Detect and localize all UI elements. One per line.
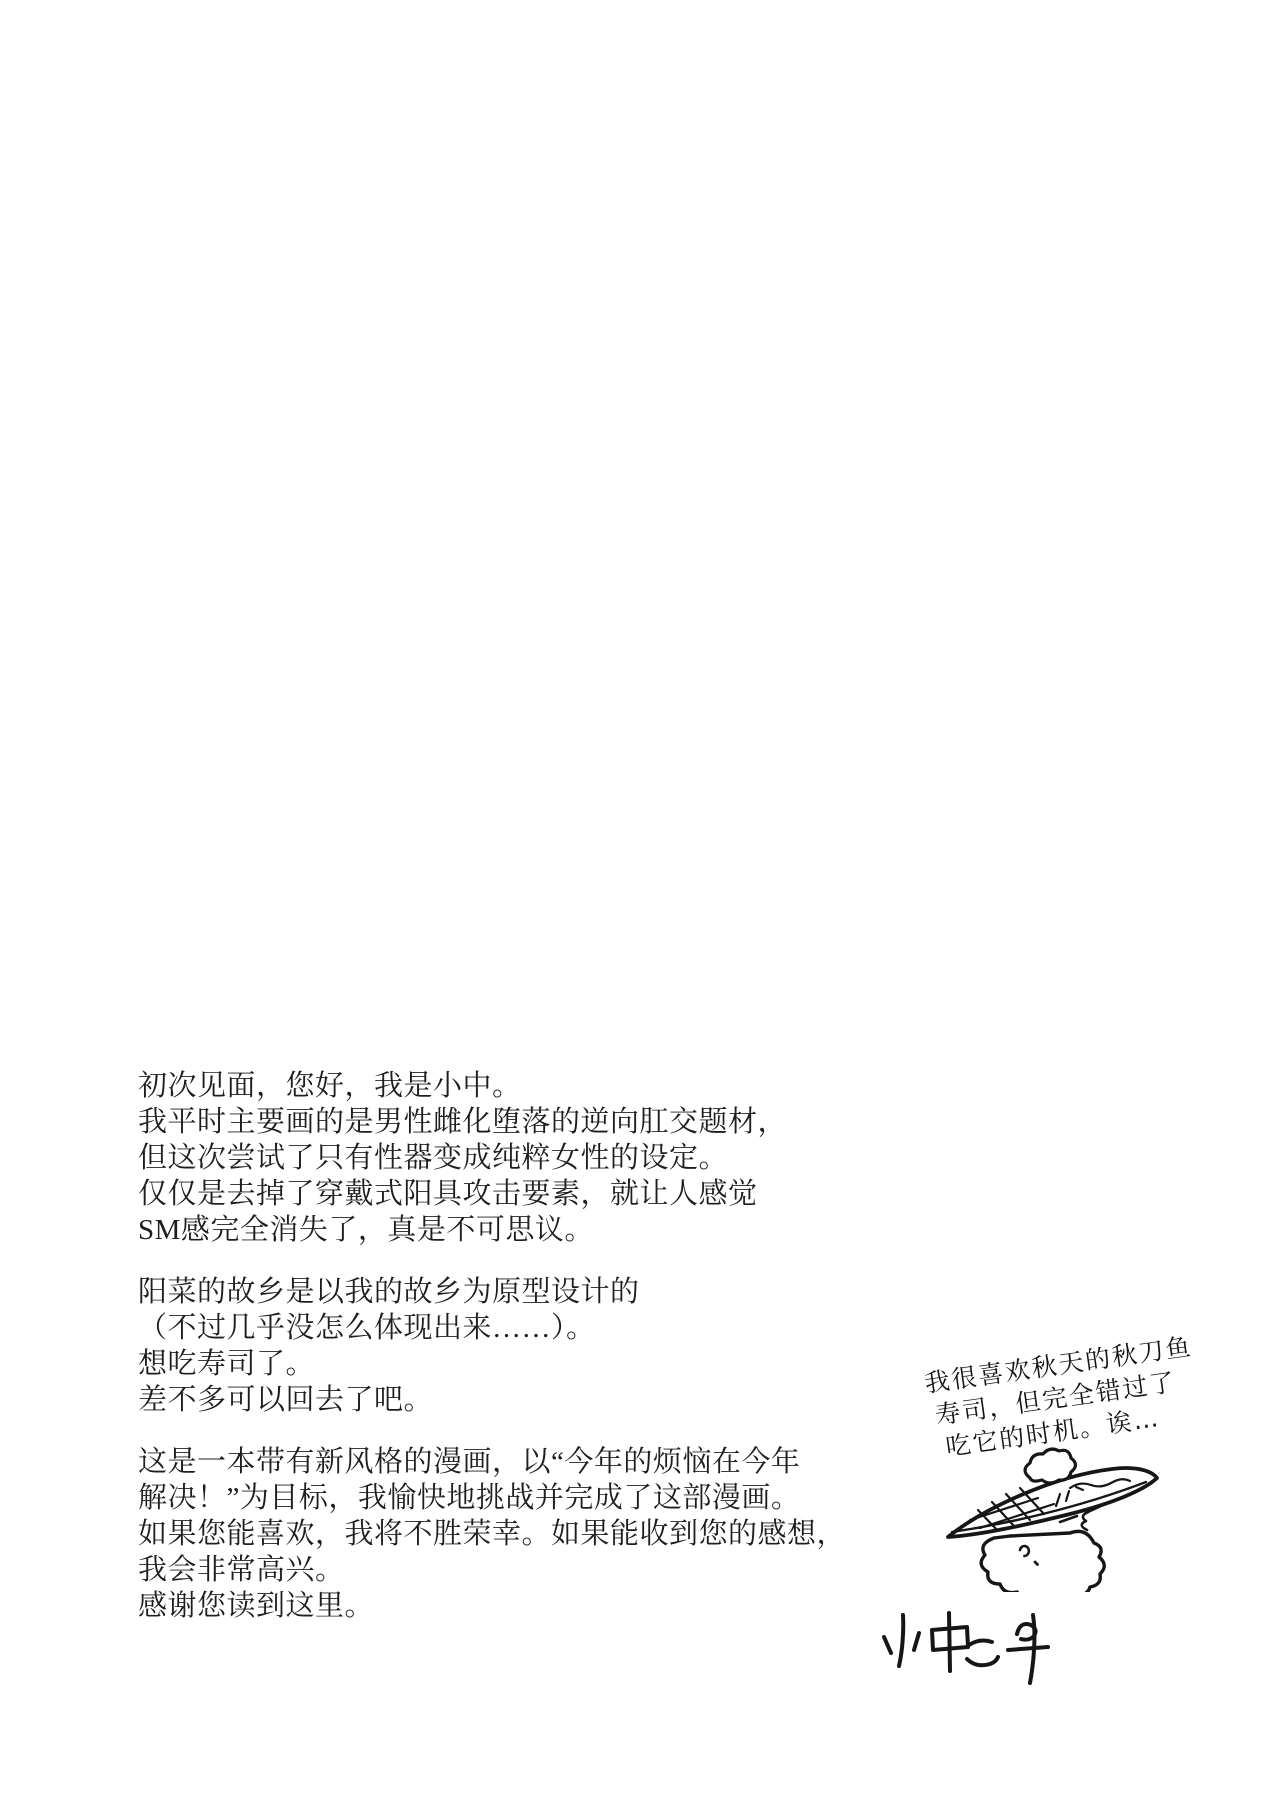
afterword-line: 我会非常高兴。 <box>138 1552 998 1588</box>
afterword-line: 但这次尝试了只有性器变成纯粹女性的设定。 <box>138 1140 998 1176</box>
afterword-line: 如果您能喜欢，我将不胜荣幸。如果能收到您的感想， <box>138 1516 998 1552</box>
afterword-line: 初次见面，您好，我是小中。 <box>138 1068 998 1104</box>
afterword-line: 这是一本带有新风格的漫画，以“今年的烦恼在今年 <box>138 1444 998 1480</box>
author-signature <box>870 1603 1084 1695</box>
afterword-line: （不过几乎没怎么体现出来……）。 <box>138 1310 998 1346</box>
afterword-line: 仅仅是去掉了穿戴式阳具攻击要素，就让人感觉 <box>138 1176 998 1212</box>
afterword-line: 阳菜的故乡是以我的故乡为原型设计的 <box>138 1274 998 1310</box>
afterword-line: 想吃寿司了。 <box>138 1346 998 1382</box>
afterword-paragraph-3: 这是一本带有新风格的漫画，以“今年的烦恼在今年 解决！”为目标，我愉快地挑战并完… <box>138 1444 998 1624</box>
sushi-nigiri-doodle-icon <box>942 1446 1198 1592</box>
afterword-line: SM感完全消失了，真是不可思议。 <box>138 1212 998 1248</box>
afterword-line: 差不多可以回去了吧。 <box>138 1382 998 1418</box>
afterword-line: 解决！”为目标，我愉快地挑战并完成了这部漫画。 <box>138 1480 998 1516</box>
afterword-paragraph-2: 阳菜的故乡是以我的故乡为原型设计的 （不过几乎没怎么体现出来……）。 想吃寿司了… <box>138 1274 998 1418</box>
afterword-line: 感谢您读到这里。 <box>138 1588 998 1624</box>
afterword-text: 初次见面，您好，我是小中。 我平时主要画的是男性雌化堕落的逆向肛交题材， 但这次… <box>138 1068 998 1650</box>
afterword-paragraph-1: 初次见面，您好，我是小中。 我平时主要画的是男性雌化堕落的逆向肛交题材， 但这次… <box>138 1068 998 1248</box>
afterword-line: 我平时主要画的是男性雌化堕落的逆向肛交题材， <box>138 1104 998 1140</box>
manga-afterword-page: 初次见面，您好，我是小中。 我平时主要画的是男性雌化堕落的逆向肛交题材， 但这次… <box>0 0 1280 1807</box>
